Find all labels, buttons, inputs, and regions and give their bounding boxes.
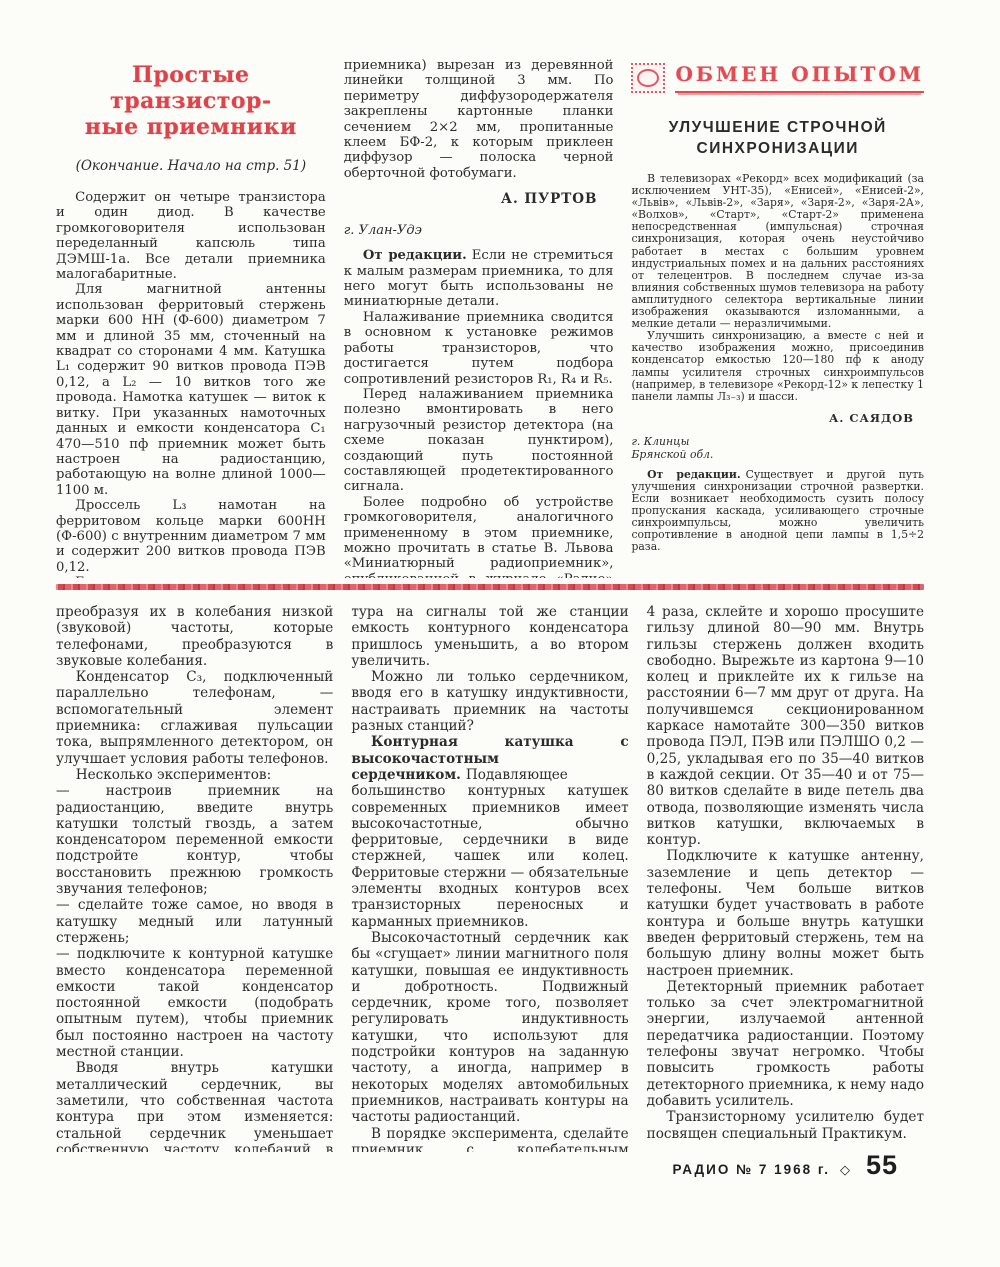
paragraph: В телевизорах «Рекорд» всех модификаций … xyxy=(631,173,924,330)
exchange-article-title-line1: УЛУЧШЕНИЕ СТРОЧНОЙ xyxy=(631,117,924,138)
paragraph: — подключите к контурной катушке вместо … xyxy=(56,946,333,1060)
paragraph-text: Существует и другой путь улучшения синхр… xyxy=(631,468,924,554)
bottom-section: преобразуя их в колебания низкой (звуков… xyxy=(56,604,924,1152)
paragraph: Налаживание приемника сводится в основно… xyxy=(344,310,614,387)
exchange-header: ОБМЕН ОПЫТОМ xyxy=(631,62,924,93)
stamp-icon xyxy=(631,63,665,93)
paragraph: Подключите к катушке антенну, заземление… xyxy=(647,848,924,978)
column-left-bottom: преобразуя их в колебания низкой (звуков… xyxy=(56,604,333,1152)
paragraph: Содержит он четыре транзистора и один ди… xyxy=(56,190,326,282)
page-footer: РАДИО № 7 1968 г. ◇ 55 xyxy=(672,1150,898,1181)
paragraph: Более подробно об устройстве громкоговор… xyxy=(344,495,614,578)
article-title: Простые транзистор- ные приемники xyxy=(56,62,326,140)
paragraph: — сделайте тоже самое, но вводя в катушк… xyxy=(56,897,333,946)
magazine-page: Простые транзистор- ные приемники (Оконч… xyxy=(0,0,1000,1267)
paragraph: тура на сигналы той же станции емкость к… xyxy=(351,604,628,669)
region-line: Брянской обл. xyxy=(631,448,924,461)
diamond-icon: ◇ xyxy=(840,1162,850,1178)
paragraph: Детекторный приемник работает только за … xyxy=(647,979,924,1109)
author-signature: А. ПУРТОВ xyxy=(344,191,598,207)
city-line: г. Улан-Удэ xyxy=(344,223,614,238)
editor-lead: От редакции. xyxy=(647,468,740,481)
section-divider xyxy=(56,584,924,590)
editor-lead: От редакции. xyxy=(363,248,467,263)
paragraph: Дроссель L₃ намотан на ферритовом кольце… xyxy=(56,498,326,575)
paragraph: Громкоговоритель, как упоминалось выше, … xyxy=(56,575,326,578)
paragraph: От редакции.Существует и другой путь улу… xyxy=(631,469,924,554)
paragraph: Улучшить синхронизацию, а вместе с ней и… xyxy=(631,330,924,403)
column-middle-top: приемника) вырезан из деревянной линейки… xyxy=(344,58,614,578)
column-left-top: Простые транзистор- ные приемники (Оконч… xyxy=(56,58,326,578)
paragraph: Можно ли только сердечником, вводя его в… xyxy=(351,669,628,734)
page-number: 55 xyxy=(866,1150,898,1181)
paragraph: 4 раза, склейте и хорошо просушите гильз… xyxy=(647,604,924,848)
paragraph: Перед налаживанием приемника полезно вмо… xyxy=(344,387,614,495)
paragraph: Конденсатор C₃, подключенный параллельно… xyxy=(56,669,333,767)
column-right-bottom: 4 раза, склейте и хорошо просушите гильз… xyxy=(647,604,924,1152)
column-middle-bottom: тура на сигналы той же станции емкость к… xyxy=(351,604,628,1152)
article-title-line1: Простые транзистор- xyxy=(56,62,326,114)
paragraph: От редакции.Если не стремиться к малым р… xyxy=(344,248,614,310)
city-line: г. Клинцы xyxy=(631,435,924,448)
paragraph: — настроив приемник на радиостанцию, вве… xyxy=(56,783,333,897)
paragraph-text: Подавляющее большинство контурных катуше… xyxy=(351,767,628,930)
exchange-article-title-line2: СИНХРОНИЗАЦИИ xyxy=(631,138,924,159)
top-section: Простые транзистор- ные приемники (Оконч… xyxy=(56,58,924,578)
paragraph: Несколько экспериментов: xyxy=(56,767,333,783)
page-content: Простые транзистор- ные приемники (Оконч… xyxy=(56,58,924,1152)
paragraph: преобразуя их в колебания низкой (звуков… xyxy=(56,604,333,669)
paragraph: В порядке эксперимента, сделайте приемни… xyxy=(351,1126,628,1153)
paragraph: Высокочастотный сердечник как бы «сгущае… xyxy=(351,930,628,1126)
exchange-article-title: УЛУЧШЕНИЕ СТРОЧНОЙ СИНХРОНИЗАЦИИ xyxy=(631,117,924,159)
exchange-header-label: ОБМЕН ОПЫТОМ xyxy=(675,62,924,93)
column-right-top: ОБМЕН ОПЫТОМ УЛУЧШЕНИЕ СТРОЧНОЙ СИНХРОНИ… xyxy=(631,58,924,578)
paragraph: Транзисторному усилителю будет посвящен … xyxy=(647,1109,924,1142)
article-subtitle: (Окончание. Начало на стр. 51) xyxy=(56,158,326,174)
paragraph: Вводя внутрь катушки металлический серде… xyxy=(56,1060,333,1152)
paragraph: Контурная катушка с высокочастотным серд… xyxy=(351,734,628,930)
article-title-line2: ные приемники xyxy=(56,114,326,140)
paragraph: приемника) вырезан из деревянной линейки… xyxy=(344,58,614,181)
author-signature: А. САЯДОВ xyxy=(631,411,914,425)
journal-name: РАДИО № 7 1968 г. xyxy=(672,1162,830,1177)
paragraph: Для магнитной антенны использован феррит… xyxy=(56,282,326,498)
